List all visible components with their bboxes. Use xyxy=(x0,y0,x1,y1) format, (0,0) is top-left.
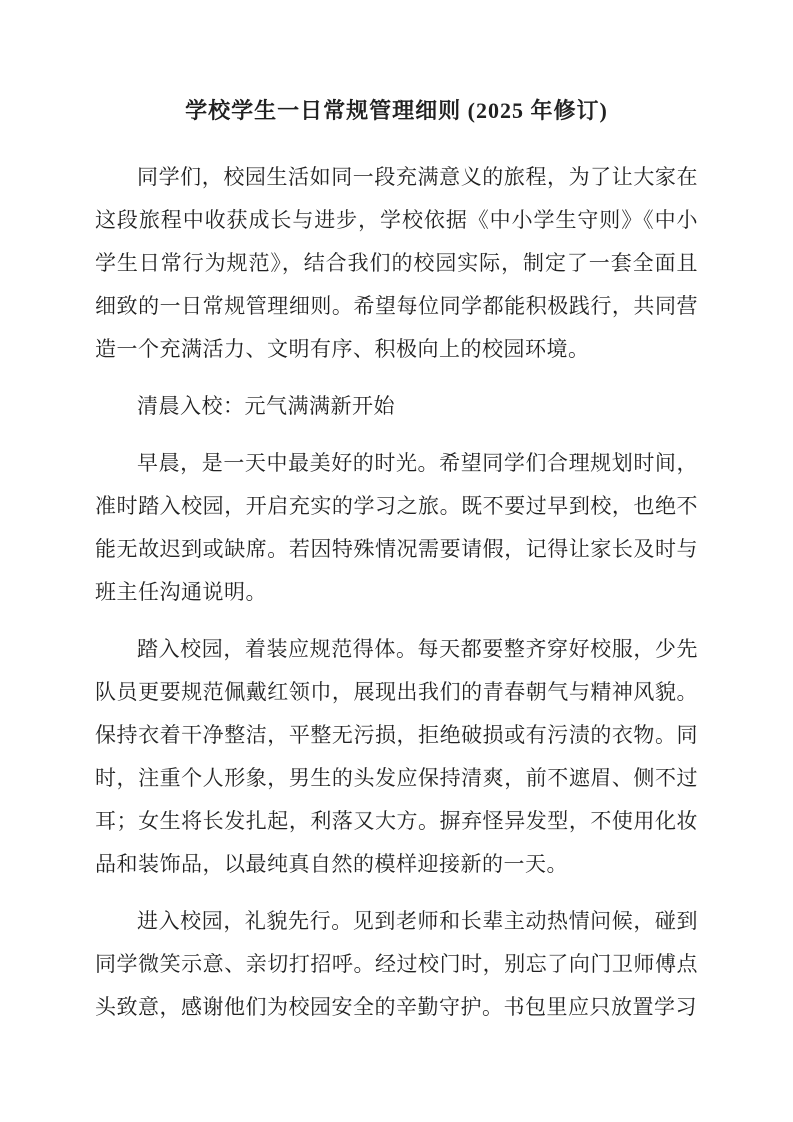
section-heading-morning-arrival: 清晨入校：元气满满新开始 xyxy=(95,385,698,428)
paragraph-greetings: 进入校园，礼貌先行。见到老师和长辈主动热情问候，碰到同学微笑示意、亲切打招呼。经… xyxy=(95,900,698,1029)
document-page: 学校学生一日常规管理细则 (2025 年修订) 同学们，校园生活如同一段充满意义… xyxy=(0,0,793,1122)
paragraph-dress-code: 踏入校园，着装应规范得体。每天都要整齐穿好校服，少先队员更要规范佩戴红领巾，展现… xyxy=(95,628,698,886)
document-title: 学校学生一日常规管理细则 (2025 年修订) xyxy=(95,97,698,125)
paragraph-arrival-time: 早晨，是一天中最美好的时光。希望同学们合理规划时间，准时踏入校园，开启充实的学习… xyxy=(95,442,698,614)
paragraph-intro: 同学们，校园生活如同一段充满意义的旅程，为了让大家在这段旅程中收获成长与进步，学… xyxy=(95,156,698,371)
